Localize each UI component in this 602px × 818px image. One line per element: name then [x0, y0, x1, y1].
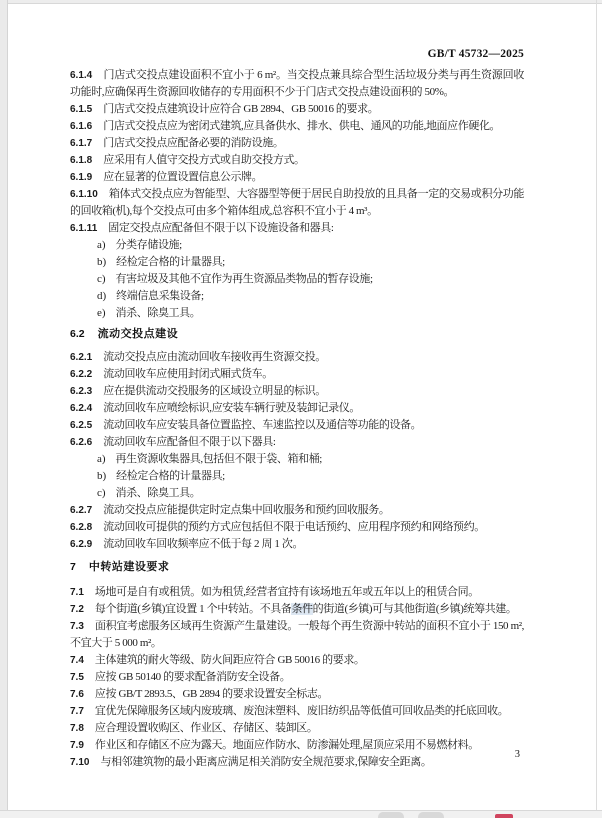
- clause-text: 门店式交投点应配备必要的消防设施。: [103, 137, 283, 149]
- clause-text: 门店式交投点应为密闭式建筑,应具备供水、排水、供电、通风的功能,地面应作硬化。: [103, 120, 500, 132]
- clause-text: 中转站建设要求: [89, 561, 170, 573]
- clause-number: 6.2.8: [70, 522, 92, 533]
- document-viewer: { "page": { "header": "GB/T 45732—2025",…: [0, 0, 602, 818]
- clause: 6.1.6门店式交投点应为密闭式建筑,应具备供水、排水、供电、通风的功能,地面应…: [70, 118, 524, 135]
- clause-number: 6.1.9: [70, 172, 92, 183]
- clause-number: 6.1.5: [70, 104, 92, 115]
- clause-text: 消杀、除臭工具。: [116, 307, 201, 319]
- clause-text: 再生资源收集器具,包括但不限于袋、箱和桶;: [116, 453, 322, 465]
- document-body: 6.1.4门店式交投点建设面积不宜小于 6 m²。当交投点兼具综合型生活垃圾分类…: [70, 67, 524, 771]
- clause-text: 经检定合格的计量器具;: [116, 256, 225, 268]
- page-left-edge: [0, 0, 8, 818]
- clause: 6.2.7流动交投点应能提供定时定点集中回收服务和预约回收服务。: [70, 502, 524, 519]
- clause: 6.1.8应采用有人值守交投方式或自助交投方式。: [70, 152, 524, 169]
- clause: 6.2.1流动交投点应由流动回收车接收再生资源交投。: [70, 349, 524, 366]
- clause-number: 7.4: [70, 655, 84, 666]
- list-item: e)消杀、除臭工具。: [70, 305, 524, 322]
- clause-number: 7.2: [70, 604, 84, 615]
- clause-number: 7.1: [70, 587, 84, 598]
- clause-text: 流动回收可提供的预约方式应包括但不限于电话预约、应用程序预约和网络预约。: [103, 521, 485, 533]
- page-right-edge: [596, 0, 597, 811]
- clause-text: 流动回收车应使用封闭式厢式货车。: [103, 368, 273, 380]
- list-item: c)有害垃圾及其他不宜作为再生资源品类物品的暂存设施;: [70, 271, 524, 288]
- list-item: b)经检定合格的计量器具;: [70, 254, 524, 271]
- clause-number: b): [97, 256, 106, 268]
- page-number: 3: [70, 749, 520, 760]
- clause-text: 流动回收车应喷绘标识,应安装车辆行驶及装卸记录仪。: [103, 402, 360, 414]
- clause-text: 每个街道(乡镇)宜设置 1 个中转站。不具备条件的街道(乡镇)可与其他街道(乡镇…: [95, 603, 517, 615]
- clause-text: 流动交投点应由流动回收车接收再生资源交投。: [103, 351, 326, 363]
- clause-number: c): [97, 273, 106, 285]
- section-heading: 6.2流动交投点建设: [70, 326, 524, 343]
- clause: 7.1场地可是自有或租赁。如为租赁,经营者宜持有该场地五年或五年以上的租赁合同。: [70, 584, 524, 601]
- clause-text: 固定交投点应配备但不限于以下设施设备和器具:: [108, 222, 333, 234]
- clause-number: 6.2.4: [70, 403, 92, 414]
- clause: 6.1.5门店式交投点建筑设计应符合 GB 2894、GB 50016 的要求。: [70, 101, 524, 118]
- clause: 6.2.8流动回收可提供的预约方式应包括但不限于电话预约、应用程序预约和网络预约…: [70, 519, 524, 536]
- list-item: d)终端信息采集设备;: [70, 288, 524, 305]
- clause-text: 应合理设置收购区、作业区、存储区、装卸区。: [95, 722, 318, 734]
- clause-number: 6.2.6: [70, 437, 92, 448]
- clause-number: d): [97, 290, 106, 302]
- clause-number: 6.1.10: [70, 189, 98, 200]
- clause-text: 场地可是自有或租赁。如为租赁,经营者宜持有该场地五年或五年以上的租赁合同。: [95, 586, 479, 598]
- clause: 6.1.4门店式交投点建设面积不宜小于 6 m²。当交投点兼具综合型生活垃圾分类…: [70, 67, 524, 101]
- clause-number: 7.7: [70, 706, 84, 717]
- list-item: c)消杀、除臭工具。: [70, 485, 524, 502]
- clause: 6.1.7门店式交投点应配备必要的消防设施。: [70, 135, 524, 152]
- section-heading: 7中转站建设要求: [70, 559, 524, 576]
- clause-number: e): [97, 307, 106, 319]
- list-item: a)分类存储设施;: [70, 237, 524, 254]
- clause-text: 主体建筑的耐火等级、防火间距应符合 GB 50016 的要求。: [95, 654, 365, 666]
- toolbar-button-peek-gray-left[interactable]: [378, 812, 404, 818]
- clause: 6.1.11固定交投点应配备但不限于以下设施设备和器具:: [70, 220, 524, 237]
- clause-number: 6.2.2: [70, 369, 92, 380]
- clause-number: 7.6: [70, 689, 84, 700]
- clause-number: a): [97, 453, 106, 465]
- toolbar-button-peek-gray-right[interactable]: [418, 812, 444, 818]
- clause-text: 终端信息采集设备;: [116, 290, 203, 302]
- clause-number: 7: [70, 561, 76, 573]
- clause: 6.2.6流动回收车应配备但不限于以下器具:: [70, 434, 524, 451]
- clause-text: 分类存储设施;: [116, 239, 182, 251]
- clause-text: 箱体式交投点应为智能型、大容器型等便于居民自助投放的且具备一定的交易或积分功能的…: [70, 188, 524, 217]
- clause-text: 宜优先保障服务区域内废玻璃、废泡沫塑料、废旧纺织品等低值可回收品类的托底回收。: [95, 705, 508, 717]
- clause-text: 经检定合格的计量器具;: [116, 470, 225, 482]
- clause-number: 6.2.7: [70, 505, 92, 516]
- clause-number: a): [97, 239, 106, 251]
- clause-text: 门店式交投点建设面积不宜小于 6 m²。当交投点兼具综合型生活垃圾分类与再生资源…: [70, 69, 524, 98]
- clause-number: 6.2.1: [70, 352, 92, 363]
- document-page: GB/T 45732—2025 6.1.4门店式交投点建设面积不宜小于 6 m²…: [70, 46, 524, 771]
- clause-number: 7.3: [70, 621, 84, 632]
- clause: 7.8应合理设置收购区、作业区、存储区、装卸区。: [70, 720, 524, 737]
- clause: 6.1.9应在显著的位置设置信息公示牌。: [70, 169, 524, 186]
- clause-text: 应在显著的位置设置信息公示牌。: [103, 171, 262, 183]
- clause-text: 流动交投点应能提供定时定点集中回收服务和预约回收服务。: [103, 504, 389, 516]
- clause: 7.2每个街道(乡镇)宜设置 1 个中转站。不具备条件的街道(乡镇)可与其他街道…: [70, 601, 524, 618]
- list-item: b)经检定合格的计量器具;: [70, 468, 524, 485]
- clause: 7.6应按 GB/T 2893.5、GB 2894 的要求设置安全标志。: [70, 686, 524, 703]
- clause-number: c): [97, 487, 106, 499]
- clause-text: 流动回收车回收频率应不低于每 2 周 1 次。: [103, 538, 303, 550]
- clause: 7.5应按 GB 50140 的要求配备消防安全设备。: [70, 669, 524, 686]
- clause-number: 6.1.11: [70, 223, 97, 234]
- clause: 6.2.5流动回收车应安装具备位置监控、车速监控以及通信等功能的设备。: [70, 417, 524, 434]
- clause-text: 有害垃圾及其他不宜作为再生资源品类物品的暂存设施;: [116, 273, 373, 285]
- clause-text: 流动交投点建设: [98, 328, 179, 340]
- clause-number: 7.8: [70, 723, 84, 734]
- clause-number: 6.2.9: [70, 539, 92, 550]
- clause-text: 应在提供流动交投服务的区域设立明显的标识。: [103, 385, 326, 397]
- clause-number: 6.1.8: [70, 155, 92, 166]
- clause-text: 流动回收车应安装具备位置监控、车速监控以及通信等功能的设备。: [103, 419, 421, 431]
- clause: 7.7宜优先保障服务区域内废玻璃、废泡沫塑料、废旧纺织品等低值可回收品类的托底回…: [70, 703, 524, 720]
- clause-number: 6.2: [70, 328, 85, 340]
- clause: 6.2.4流动回收车应喷绘标识,应安装车辆行驶及装卸记录仪。: [70, 400, 524, 417]
- clause-number: 6.1.7: [70, 138, 92, 149]
- clause-text: 流动回收车应配备但不限于以下器具:: [103, 436, 275, 448]
- bottom-toolbar-edge: [0, 810, 602, 818]
- clause-text: 消杀、除臭工具。: [116, 487, 201, 499]
- clause: 6.2.2流动回收车应使用封闭式厢式货车。: [70, 366, 524, 383]
- clause: 6.1.10箱体式交投点应为智能型、大容器型等便于居民自助投放的且具备一定的交易…: [70, 186, 524, 220]
- clause-text: 面积宜考虑服务区域再生资源产生量建设。一般每个再生资源中转站的面积不宜小于 15…: [70, 620, 524, 649]
- clause-number: 6.1.6: [70, 121, 92, 132]
- standard-number-header: GB/T 45732—2025: [70, 46, 524, 63]
- clause-text: 应按 GB/T 2893.5、GB 2894 的要求设置安全标志。: [95, 688, 328, 700]
- clause: 6.2.3应在提供流动交投服务的区域设立明显的标识。: [70, 383, 524, 400]
- clause-number: b): [97, 470, 106, 482]
- clause: 6.2.9流动回收车回收频率应不低于每 2 周 1 次。: [70, 536, 524, 553]
- highlighted-text: 条件: [291, 603, 312, 615]
- clause-text: 门店式交投点建筑设计应符合 GB 2894、GB 50016 的要求。: [103, 103, 378, 115]
- clause-number: 7.5: [70, 672, 84, 683]
- clause-text: 应按 GB 50140 的要求配备消防安全设备。: [95, 671, 290, 683]
- clause-number: 6.2.5: [70, 420, 92, 431]
- toolbar-button-peek-red[interactable]: [495, 814, 513, 818]
- clause-number: 6.1.4: [70, 70, 92, 81]
- clause-text: 应采用有人值守交投方式或自助交投方式。: [103, 154, 304, 166]
- clause: 7.4主体建筑的耐火等级、防火间距应符合 GB 50016 的要求。: [70, 652, 524, 669]
- list-item: a)再生资源收集器具,包括但不限于袋、箱和桶;: [70, 451, 524, 468]
- page-top-edge: [0, 0, 602, 4]
- clause-number: 6.2.3: [70, 386, 92, 397]
- clause: 7.3面积宜考虑服务区域再生资源产生量建设。一般每个再生资源中转站的面积不宜小于…: [70, 618, 524, 652]
